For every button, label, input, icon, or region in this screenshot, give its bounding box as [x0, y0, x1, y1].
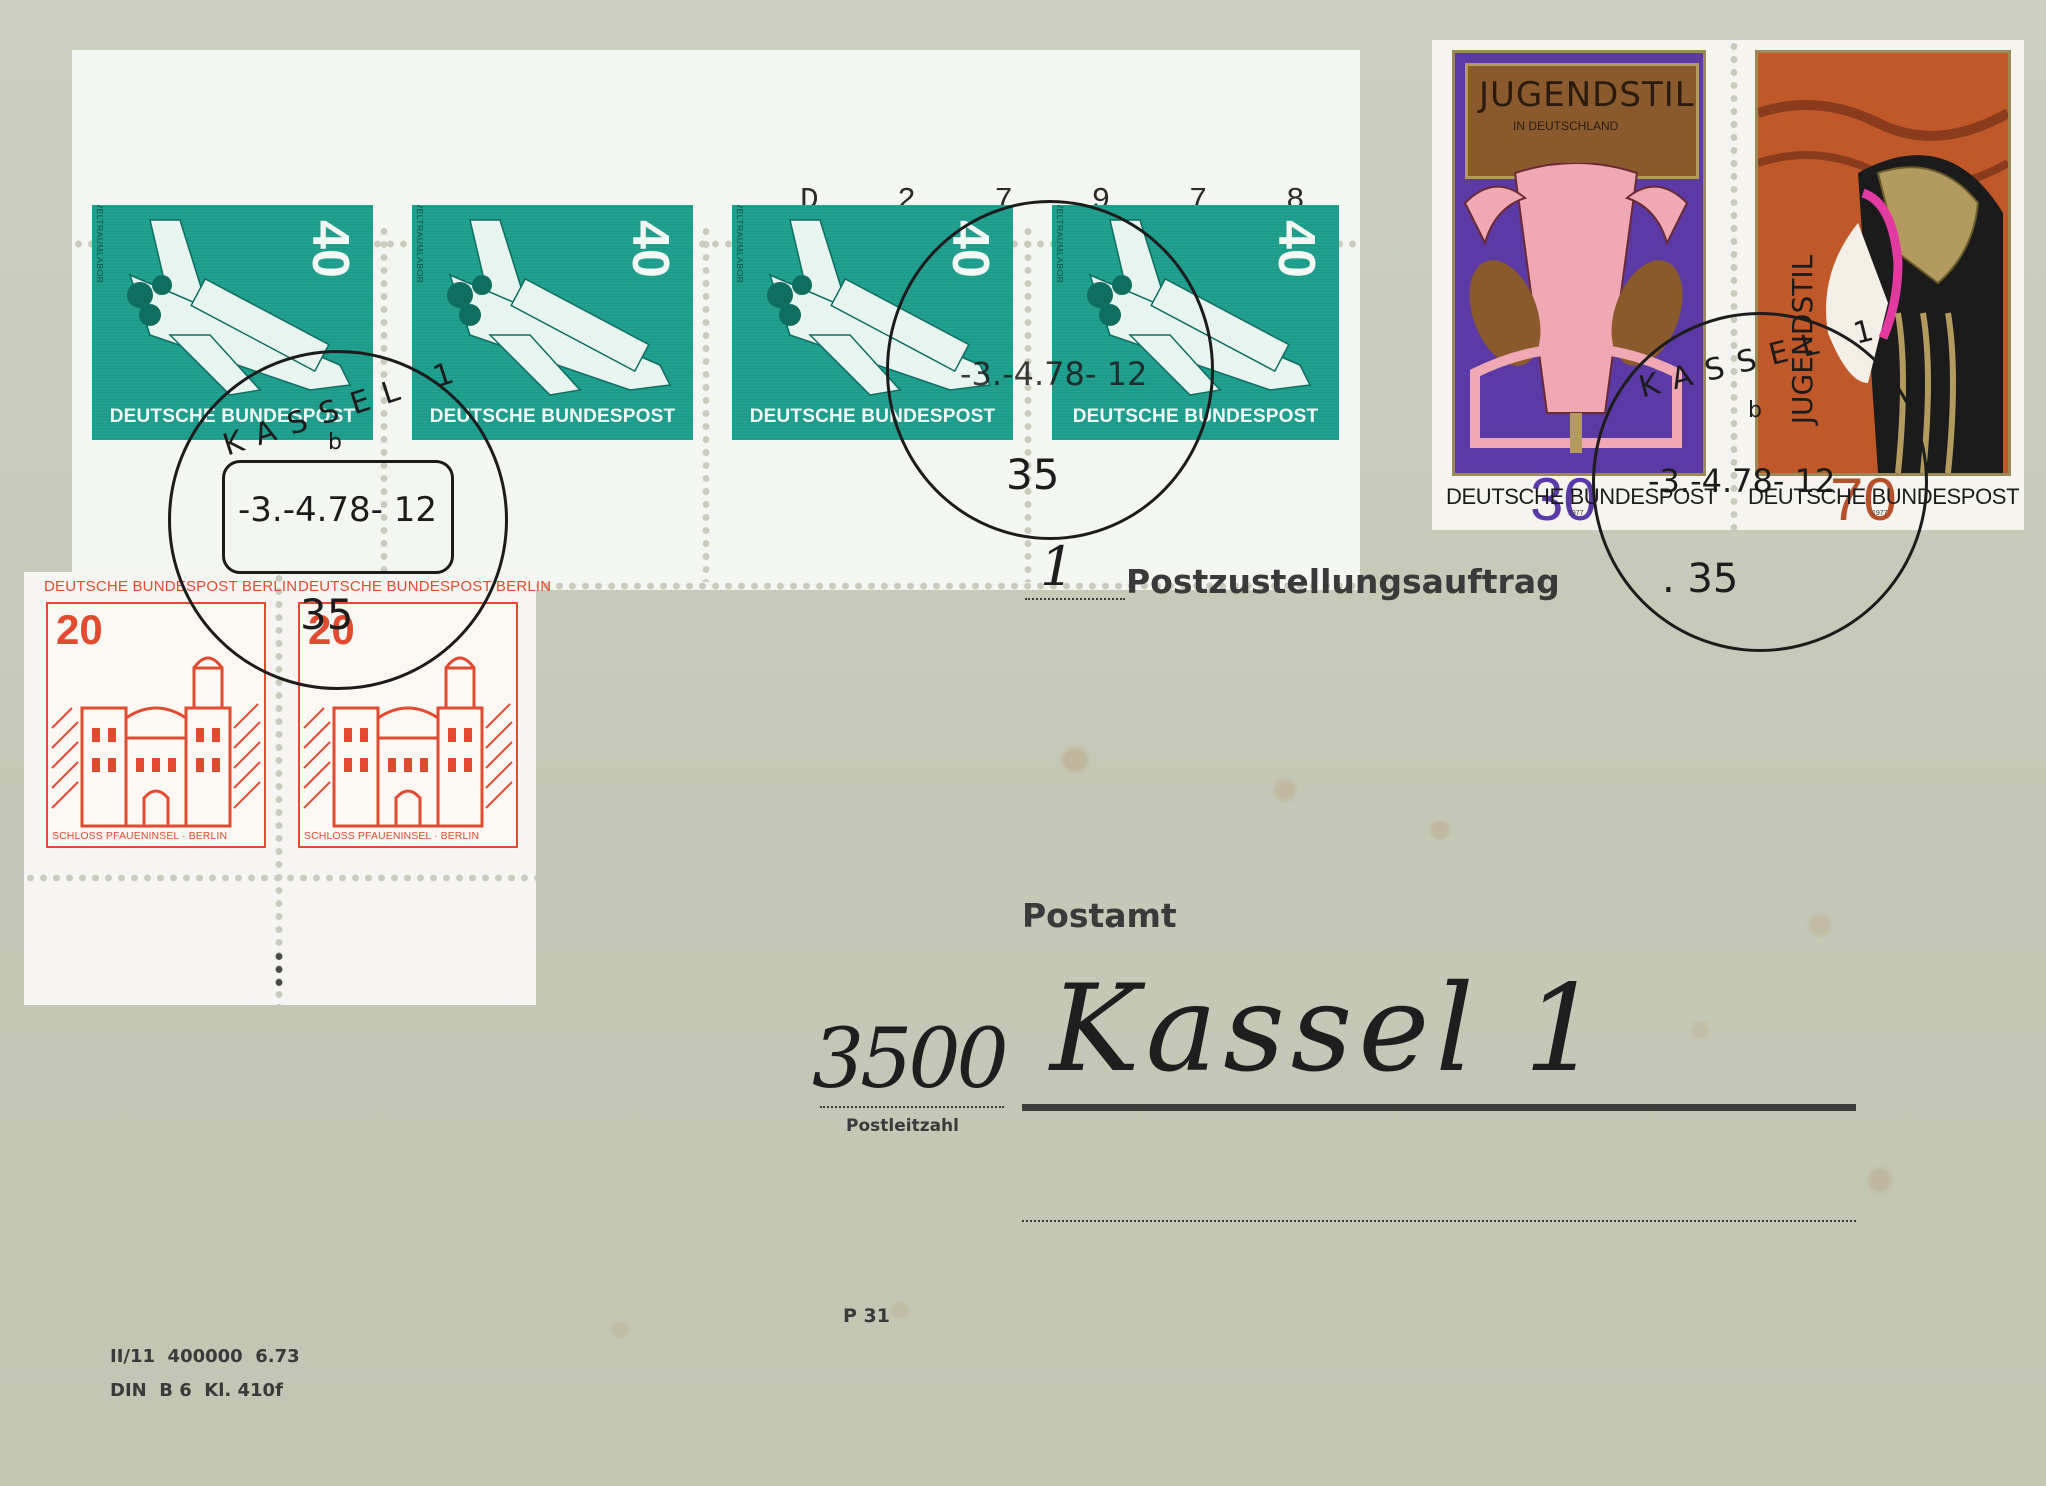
postmark-date: -3.-4.78- 12	[238, 490, 437, 530]
form-number: P 31	[843, 1305, 890, 1327]
stamp-value: 40	[1270, 220, 1322, 278]
stamp-side-text: WELTRAUMLABOR	[415, 205, 425, 380]
postmark-code: 35	[1006, 450, 1059, 499]
stamp-side-text: WELTRAUMLABOR	[95, 205, 105, 380]
postamt-label: Postamt	[1022, 896, 1177, 935]
postcode-label: Postleitzahl	[846, 1116, 959, 1136]
stamp-value: 40	[304, 220, 356, 278]
stamp-title: JUGENDSTIL	[1479, 75, 1695, 115]
perforation-col	[702, 225, 710, 582]
postmark-letter: b	[328, 430, 342, 455]
address-underline	[1022, 1104, 1856, 1111]
handwritten-city: Kassel 1	[1050, 960, 1606, 1099]
handwritten-postcode: 3500	[812, 1012, 1005, 1107]
perforation-col-dark	[275, 950, 283, 990]
form-title: Postzustellungsauftrag	[1126, 562, 1560, 601]
postmark-code: 35	[300, 590, 353, 639]
form-title-suffix: . 35	[1662, 556, 1738, 602]
stamp-value: 20	[56, 606, 103, 654]
postmark-letter: b	[1748, 398, 1762, 423]
castle-icon	[48, 648, 264, 828]
address-dotted-line	[1022, 1220, 1856, 1222]
stamp-subtitle: IN DEUTSCHLAND	[1513, 119, 1618, 133]
postcode-dotted-line	[820, 1106, 1004, 1108]
stamp-caption: SCHLOSS PFAUENINSEL · BERLIN	[304, 830, 479, 842]
stamp-year: 1977	[1568, 510, 1584, 517]
printer-imprint-line-2: DIN B 6 Kl. 410f	[110, 1380, 283, 1401]
handwritten-mark: 1	[1040, 535, 1074, 598]
printer-imprint-line-1: II/11 400000 6.73	[110, 1346, 300, 1367]
stamp-value: 40	[624, 220, 676, 278]
stamp-subtitle: IN DEUTSCHLAND	[1979, 337, 1993, 442]
postmark-date: -3.-4.78- 12	[1648, 462, 1835, 500]
stamp-caption: SCHLOSS PFAUENINSEL · BERLIN	[52, 830, 227, 842]
dotted-line	[1025, 598, 1125, 600]
stamp-side-text: WELTRAUMLABOR	[735, 205, 745, 380]
postmark-date: -3.-4.78- 12	[960, 355, 1147, 393]
